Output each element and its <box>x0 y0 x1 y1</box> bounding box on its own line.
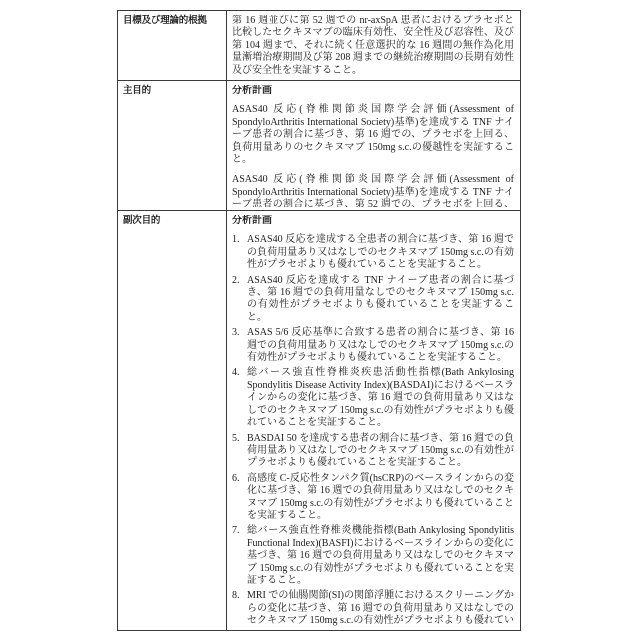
cell-content-wrapper: 第 16 週並びに第 52 週での nr-axSpA 患者におけるプラセボと比較… <box>232 15 514 77</box>
list-item-text: MRI での仙腸関節(SI)の関節浮腫におけるスクリーニングからの変化に基づき、… <box>247 590 514 627</box>
table-row-rationale: 目標及び理論的根拠 第 16 週並びに第 52 週での nr-axSpA 患者に… <box>118 11 521 81</box>
list-item-number: 7. <box>232 525 247 587</box>
study-objectives-table: 目標及び理論的根拠 第 16 週並びに第 52 週での nr-axSpA 患者に… <box>117 10 521 631</box>
primary-objective-paragraph: ASAS40 反応(脊椎関節炎国際学会評価(Assessment of Spon… <box>232 174 514 207</box>
list-item-text: ASAS40 反応を達成する TNF ナイーブ患者の割合に基づき、第 16 週で… <box>247 275 514 325</box>
list-item-number: 6. <box>232 473 247 523</box>
list-item-text: BASDAI 50 を達成する患者の割合に基づき、第 16 週での負荷用量あり又… <box>247 433 514 470</box>
list-item-number: 8. <box>232 590 247 627</box>
row-content-rationale: 第 16 週並びに第 52 週での nr-axSpA 患者におけるプラセボと比較… <box>227 11 521 81</box>
list-item-number: 5. <box>232 433 247 470</box>
table-row-primary-objective: 主目的 分析計画 ASAS40 反応(脊椎関節炎国際学会評価(Assessmen… <box>118 81 521 211</box>
list-item-number: 2. <box>232 275 247 325</box>
list-item-number: 4. <box>232 367 247 429</box>
list-item: 4. 総バース強直性脊椎炎疾患活動性指標(Bath Ankylosing Spo… <box>232 367 514 429</box>
analysis-plan-heading: 分析計画 <box>232 85 514 97</box>
list-item: 8. MRI での仙腸関節(SI)の関節浮腫におけるスクリーニングからの変化に基… <box>232 590 514 627</box>
list-item-number: 3. <box>232 327 247 364</box>
analysis-plan-heading: 分析計画 <box>232 215 514 227</box>
row-label-secondary-objective: 副次目的 <box>118 211 227 631</box>
list-item-text: 総バース強直性脊椎炎機能指標(Bath Ankylosing Spondylit… <box>247 525 514 587</box>
cell-content-wrapper: 分析計画 1. ASAS40 反応を達成する全患者の割合に基づき、第 16 週で… <box>232 215 514 627</box>
rationale-paragraph: 第 16 週並びに第 52 週での nr-axSpA 患者におけるプラセボと比較… <box>232 15 514 77</box>
secondary-objectives-list: 1. ASAS40 反応を達成する全患者の割合に基づき、第 16 週での負荷用量… <box>232 234 514 627</box>
primary-objective-paragraph: ASAS40 反応(脊椎関節炎国際学会評価(Assessment of Spon… <box>232 104 514 166</box>
list-item: 6. 高感度 C-反応性タンパク質(hsCRP)のベースラインからの変化に基づき… <box>232 473 514 523</box>
row-label-rationale: 目標及び理論的根拠 <box>118 11 227 81</box>
row-content-secondary-objective: 分析計画 1. ASAS40 反応を達成する全患者の割合に基づき、第 16 週で… <box>227 211 521 631</box>
list-item-number: 1. <box>232 234 247 271</box>
list-item-text: 高感度 C-反応性タンパク質(hsCRP)のベースラインからの変化に基づき、第 … <box>247 473 514 523</box>
list-item-text: ASAS 5/6 反応基準に合致する患者の割合に基づき、第 16 週での負荷用量… <box>247 327 514 364</box>
list-item-text: ASAS40 反応を達成する全患者の割合に基づき、第 16 週での負荷用量あり又… <box>247 234 514 271</box>
table-row-secondary-objective: 副次目的 分析計画 1. ASAS40 反応を達成する全患者の割合に基づき、第 … <box>118 211 521 631</box>
list-item-text: 総バース強直性脊椎炎疾患活動性指標(Bath Ankylosing Spondy… <box>247 367 514 429</box>
row-content-primary-objective: 分析計画 ASAS40 反応(脊椎関節炎国際学会評価(Assessment of… <box>227 81 521 211</box>
row-label-primary-objective: 主目的 <box>118 81 227 211</box>
cell-content-wrapper: 分析計画 ASAS40 反応(脊椎関節炎国際学会評価(Assessment of… <box>232 85 514 207</box>
list-item: 7. 総バース強直性脊椎炎機能指標(Bath Ankylosing Spondy… <box>232 525 514 587</box>
list-item: 3. ASAS 5/6 反応基準に合致する患者の割合に基づき、第 16 週での負… <box>232 327 514 364</box>
list-item: 2. ASAS40 反応を達成する TNF ナイーブ患者の割合に基づき、第 16… <box>232 275 514 325</box>
list-item: 1. ASAS40 反応を達成する全患者の割合に基づき、第 16 週での負荷用量… <box>232 234 514 271</box>
list-item: 5. BASDAI 50 を達成する患者の割合に基づき、第 16 週での負荷用量… <box>232 433 514 470</box>
document-page: 目標及び理論的根拠 第 16 週並びに第 52 週での nr-axSpA 患者に… <box>0 0 640 640</box>
